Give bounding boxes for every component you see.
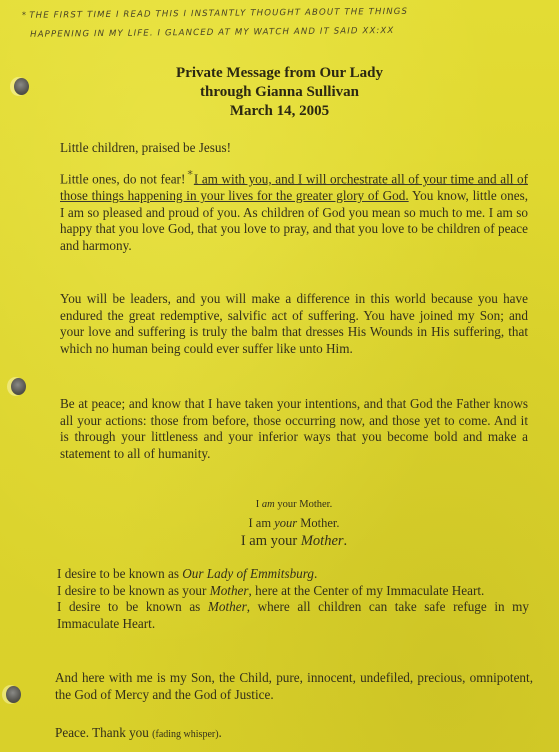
- mother-line-3: I am your Mother.: [60, 532, 528, 550]
- paragraph-1: Little ones, do not fear!*I am with you,…: [60, 167, 528, 254]
- binder-hole-bottom: [6, 686, 21, 703]
- handwritten-line-1: THE FIRST TIME I READ THIS I INSTANTLY T…: [29, 7, 408, 21]
- closing-note: (fading whisper): [152, 729, 218, 740]
- document-title: Private Message from Our Lady: [0, 64, 559, 83]
- desire-2: I desire to be known as your Mother, her…: [57, 583, 529, 600]
- mother-line-2: I am your Mother.: [60, 514, 528, 532]
- mother-refrain: I am your Mother. I am your Mother. I am…: [60, 496, 528, 550]
- greeting: Little children, praised be Jesus!: [60, 140, 528, 157]
- desires-list: I desire to be known as Our Lady of Emmi…: [57, 566, 529, 632]
- closing-text: Peace. Thank you: [55, 725, 152, 740]
- paragraph-3: Be at peace; and know that I have taken …: [60, 396, 528, 462]
- binder-hole-middle: [11, 378, 26, 395]
- closing: Peace. Thank you (fading whisper).: [55, 725, 523, 744]
- paragraph-1-lead: Little ones, do not fear!: [60, 171, 185, 186]
- paragraph-3-text: Be at peace; and know that I have taken …: [60, 396, 528, 462]
- document-subtitle: through Gianna Sullivan: [0, 83, 559, 102]
- paragraph-5: And here with me is my Son, the Child, p…: [55, 670, 533, 703]
- asterisk-mark-icon: *: [22, 11, 28, 21]
- asterisk-mark-icon: *: [187, 168, 193, 181]
- desire-1: I desire to be known as Our Lady of Emmi…: [57, 566, 529, 583]
- desire-3: I desire to be known as Mother, where al…: [57, 599, 529, 632]
- document-date: March 14, 2005: [0, 102, 559, 121]
- handwritten-line-2: HAPPENING IN MY LIFE. I GLANCED AT MY WA…: [30, 26, 394, 40]
- paragraph-2-text: You will be leaders, and you will make a…: [60, 291, 528, 357]
- handwritten-note: *THE FIRST TIME I READ THIS I INSTANTLY …: [30, 1, 559, 45]
- mother-line-1: I am your Mother.: [60, 496, 528, 514]
- paragraph-5-text: And here with me is my Son, the Child, p…: [55, 670, 533, 703]
- document-header: Private Message from Our Lady through Gi…: [0, 64, 559, 121]
- paragraph-2: You will be leaders, and you will make a…: [60, 291, 528, 357]
